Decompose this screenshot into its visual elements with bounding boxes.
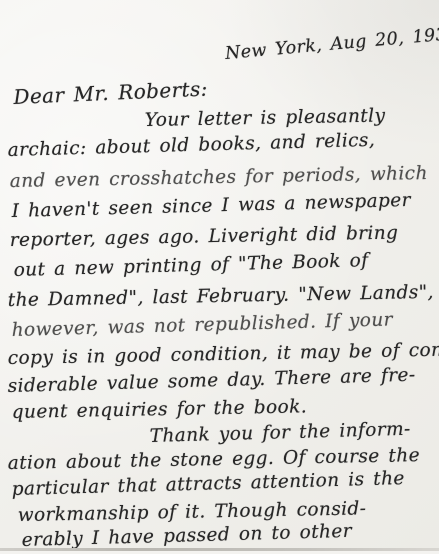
dateline: New York, Aug 20, 1931 [224,24,439,64]
letter-line: erably I have passed on to other [21,521,352,551]
letter-line: the Damned", last February. "New Lands", [8,282,434,311]
salutation: Dear Mr. Roberts: [13,77,208,109]
letter-line: Your letter is pleasantly [145,105,386,131]
letter-line: Thank you for the inform- [149,419,411,447]
letter-line: archaic: about old books, and relics, [7,130,375,161]
letter-line: however, was not republished. If your [11,309,393,341]
letter-line: reporter, ages ago. Liveright did bring [10,223,399,251]
letter-line: siderable value some day. There are fre- [7,365,415,397]
letter-line: I haven't seen since I was a newspaper [11,190,411,222]
letter-line: quent enquiries for the book. [12,396,308,423]
letter-line: particular that attracts attention is th… [11,468,405,500]
letter-page: New York, Aug 20, 1931 Dear Mr. Roberts:… [0,0,439,554]
letter-line: and even crosshatches for periods, which [10,163,428,192]
letter-line: copy is in good condition, it may be of … [8,340,439,369]
letter-line: out a new printing of "The Book of [13,250,368,281]
